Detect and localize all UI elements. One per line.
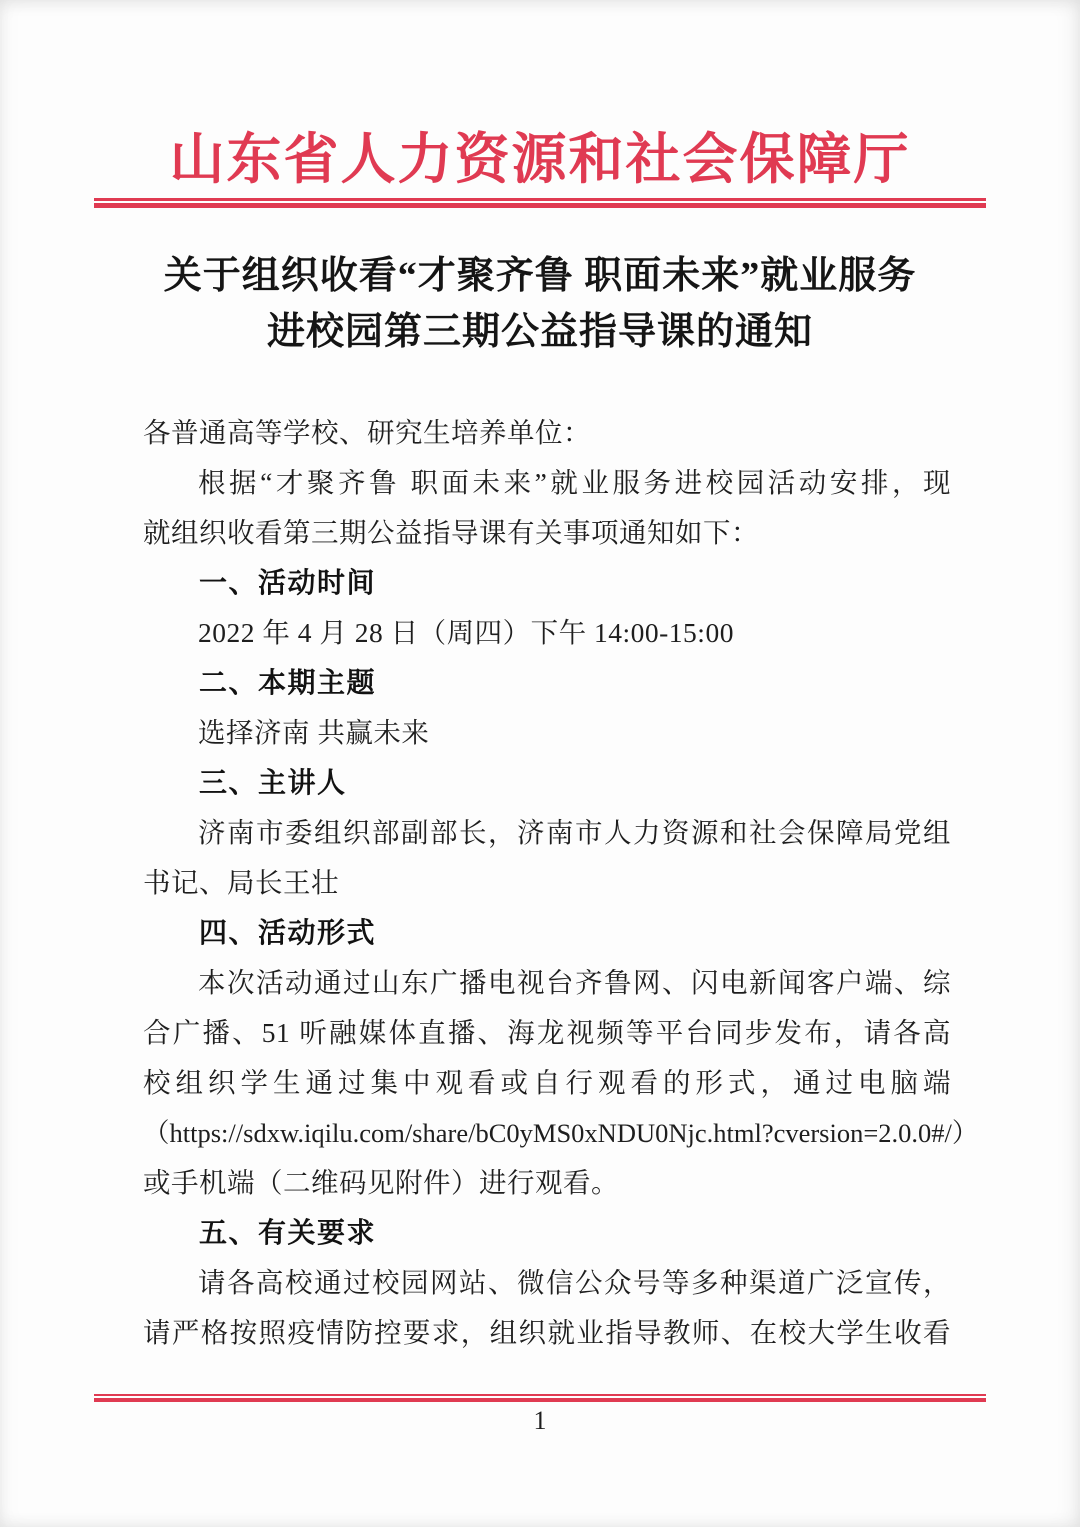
agency-title: 山东省人力资源和社会保障厅 bbox=[0, 128, 1080, 192]
page-number: 1 bbox=[94, 1406, 986, 1436]
section-heading-2: 二、本期主题 bbox=[143, 658, 951, 708]
page-footer: 1 bbox=[94, 1394, 986, 1436]
document-title: 关于组织收看“才聚齐鲁 职面未来”就业服务 进校园第三期公益指导课的通知 bbox=[0, 248, 1080, 360]
event-time-line: 2022 年 4 月 28 日（周四）下午 14:00-15:00 bbox=[143, 608, 951, 658]
letterhead-rule bbox=[94, 198, 986, 208]
speaker-line: 书记、局长王壮 bbox=[143, 858, 951, 908]
topic-line: 选择济南 共赢未来 bbox=[143, 708, 951, 758]
letterhead: 山东省人力资源和社会保障厅 bbox=[0, 0, 1080, 208]
requirement-line: 请各高校通过校园网站、微信公众号等多种渠道广泛宣传， bbox=[143, 1258, 951, 1308]
section-heading-5: 五、有关要求 bbox=[143, 1208, 951, 1258]
document-page: 山东省人力资源和社会保障厅 关于组织收看“才聚齐鲁 职面未来”就业服务 进校园第… bbox=[0, 0, 1080, 1527]
format-line: 本次活动通过山东广播电视台齐鲁网、闪电新闻客户端、综 bbox=[143, 958, 951, 1008]
document-title-line-1: 关于组织收看“才聚齐鲁 职面未来”就业服务 bbox=[0, 248, 1080, 304]
stream-url: （https://sdxw.iqilu.com/share/bC0yMS0xND… bbox=[143, 1108, 951, 1158]
section-heading-3: 三、主讲人 bbox=[143, 758, 951, 808]
salutation-line: 各普通高等学校、研究生培养单位： bbox=[143, 408, 951, 458]
footer-rule bbox=[94, 1394, 986, 1402]
format-line: 校组织学生通过集中观看或自行观看的形式，通过电脑端 bbox=[143, 1058, 951, 1108]
section-heading-4: 四、活动形式 bbox=[143, 908, 951, 958]
intro-line: 就组织收看第三期公益指导课有关事项通知如下： bbox=[143, 508, 951, 558]
document-body: 各普通高等学校、研究生培养单位： 根据“才聚齐鲁 职面未来”就业服务进校园活动安… bbox=[143, 408, 951, 1358]
section-heading-1: 一、活动时间 bbox=[143, 558, 951, 608]
requirement-line: 请严格按照疫情防控要求，组织就业指导教师、在校大学生收看 bbox=[143, 1308, 951, 1358]
format-line: 或手机端（二维码见附件）进行观看。 bbox=[143, 1158, 951, 1208]
intro-line: 根据“才聚齐鲁 职面未来”就业服务进校园活动安排，现 bbox=[143, 458, 951, 508]
document-title-line-2: 进校园第三期公益指导课的通知 bbox=[0, 304, 1080, 360]
speaker-line: 济南市委组织部副部长，济南市人力资源和社会保障局党组 bbox=[143, 808, 951, 858]
format-line: 合广播、51 听融媒体直播、海龙视频等平台同步发布，请各高 bbox=[143, 1008, 951, 1058]
